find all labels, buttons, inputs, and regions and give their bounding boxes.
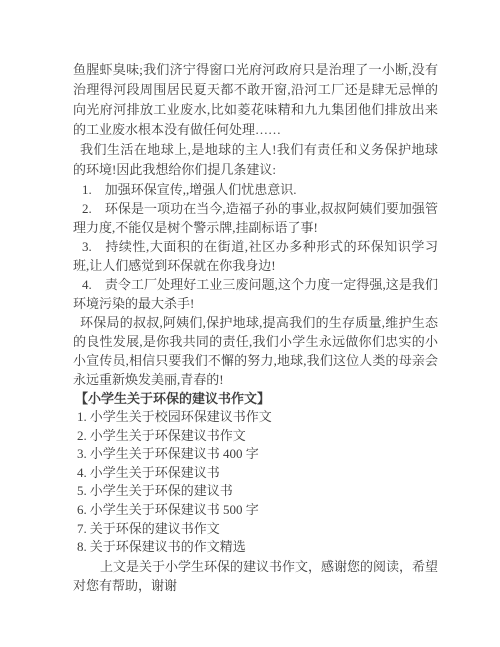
related-item-number: 2. — [77, 428, 87, 443]
suggestion-number: 3. — [82, 239, 92, 254]
related-article-item-6: 6.小学生关于环保建议书 500 字 — [73, 501, 438, 520]
related-item-number: 8. — [77, 539, 87, 554]
related-item-number: 3. — [77, 446, 87, 461]
related-item-number: 5. — [77, 483, 87, 498]
related-article-item-5: 5.小学生关于环保的建议书 — [73, 482, 438, 501]
related-item-number: 4. — [77, 465, 87, 480]
related-item-title: 关于环保建议书的作文精选 — [90, 539, 246, 554]
suggestion-item-2: 2.环保是一项功在当今,造福子孙的事业,叔叔阿姨们要加强管理力度,不能仅是树个警… — [73, 199, 438, 237]
suggestion-text: 责令工厂处理好工业三废问题,这个力度一定得强,这是我们环境污染的最大杀手! — [73, 277, 438, 311]
intro-paragraph-2: 我们生活在地球上,是地球的主人!我们有责任和义务保护地球的环境!因此我想给你们提… — [73, 140, 438, 180]
related-article-item-4: 4.小学生关于环保建议书 — [73, 464, 438, 483]
related-article-item-3: 3.小学生关于环保建议书 400 字 — [73, 445, 438, 464]
footer-thanks-note: 上文是关于小学生环保的建议书作文，感谢您的阅读，希望对您有帮助，谢谢 — [73, 557, 438, 595]
related-item-title: 小学生关于环保的建议书 — [90, 483, 233, 498]
suggestion-number: 1. — [82, 182, 92, 197]
suggestion-text: 加强环保宣传,,增强人们忧患意识. — [105, 182, 297, 197]
suggestion-text: 环保是一项功在当今,造福子孙的事业,叔叔阿姨们要加强管理力度,不能仅是树个警示牌… — [73, 201, 438, 235]
related-item-title: 小学生关于校园环保建议书作文 — [90, 409, 272, 424]
related-item-title: 小学生关于环保建议书 400 字 — [90, 446, 259, 461]
suggestion-item-3: 3.持续性,大面积的在街道,社区办多种形式的环保知识学习班,让人们感觉到环保就在… — [73, 237, 438, 275]
suggestion-number: 4. — [82, 277, 92, 292]
closing-paragraph: 环保局的叔叔,阿姨们,保护地球,提高我们的生存质量,维护生态的良性发展,是你我共… — [73, 313, 438, 389]
related-item-number: 7. — [77, 521, 87, 536]
suggestion-text: 持续性,大面积的在街道,社区办多种形式的环保知识学习班,让人们感觉到环保就在你我… — [73, 239, 438, 273]
related-item-title: 关于环保的建议书作文 — [90, 521, 220, 536]
related-article-item-1: 1.小学生关于校园环保建议书作文 — [73, 408, 438, 427]
related-item-number: 1. — [77, 409, 87, 424]
suggestion-number: 2. — [82, 201, 92, 216]
suggestion-item-4: 4.责令工厂处理好工业三废问题,这个力度一定得强,这是我们环境污染的最大杀手! — [73, 275, 438, 313]
related-articles-heading: 【小学生关于环保的建议书作文】 — [73, 389, 438, 408]
related-article-item-7: 7.关于环保的建议书作文 — [73, 520, 438, 539]
related-article-item-8: 8.关于环保建议书的作文精选 — [73, 538, 438, 557]
related-article-item-2: 2.小学生关于环保建议书作文 — [73, 427, 438, 446]
intro-paragraph-1: 鱼腥虾臭味;我们济宁得窗口光府河政府只是治理了一小断,没有治理得河段周围居民夏天… — [73, 60, 438, 140]
related-item-title: 小学生关于环保建议书作文 — [90, 428, 246, 443]
document-page: 鱼腥虾臭味;我们济宁得窗口光府河政府只是治理了一小断,没有治理得河段周围居民夏天… — [0, 0, 500, 647]
related-item-title: 小学生关于环保建议书 500 字 — [90, 502, 259, 517]
related-item-number: 6. — [77, 502, 87, 517]
related-item-title: 小学生关于环保建议书 — [90, 465, 220, 480]
suggestion-item-1: 1.加强环保宣传,,增强人们忧患意识. — [73, 180, 438, 199]
